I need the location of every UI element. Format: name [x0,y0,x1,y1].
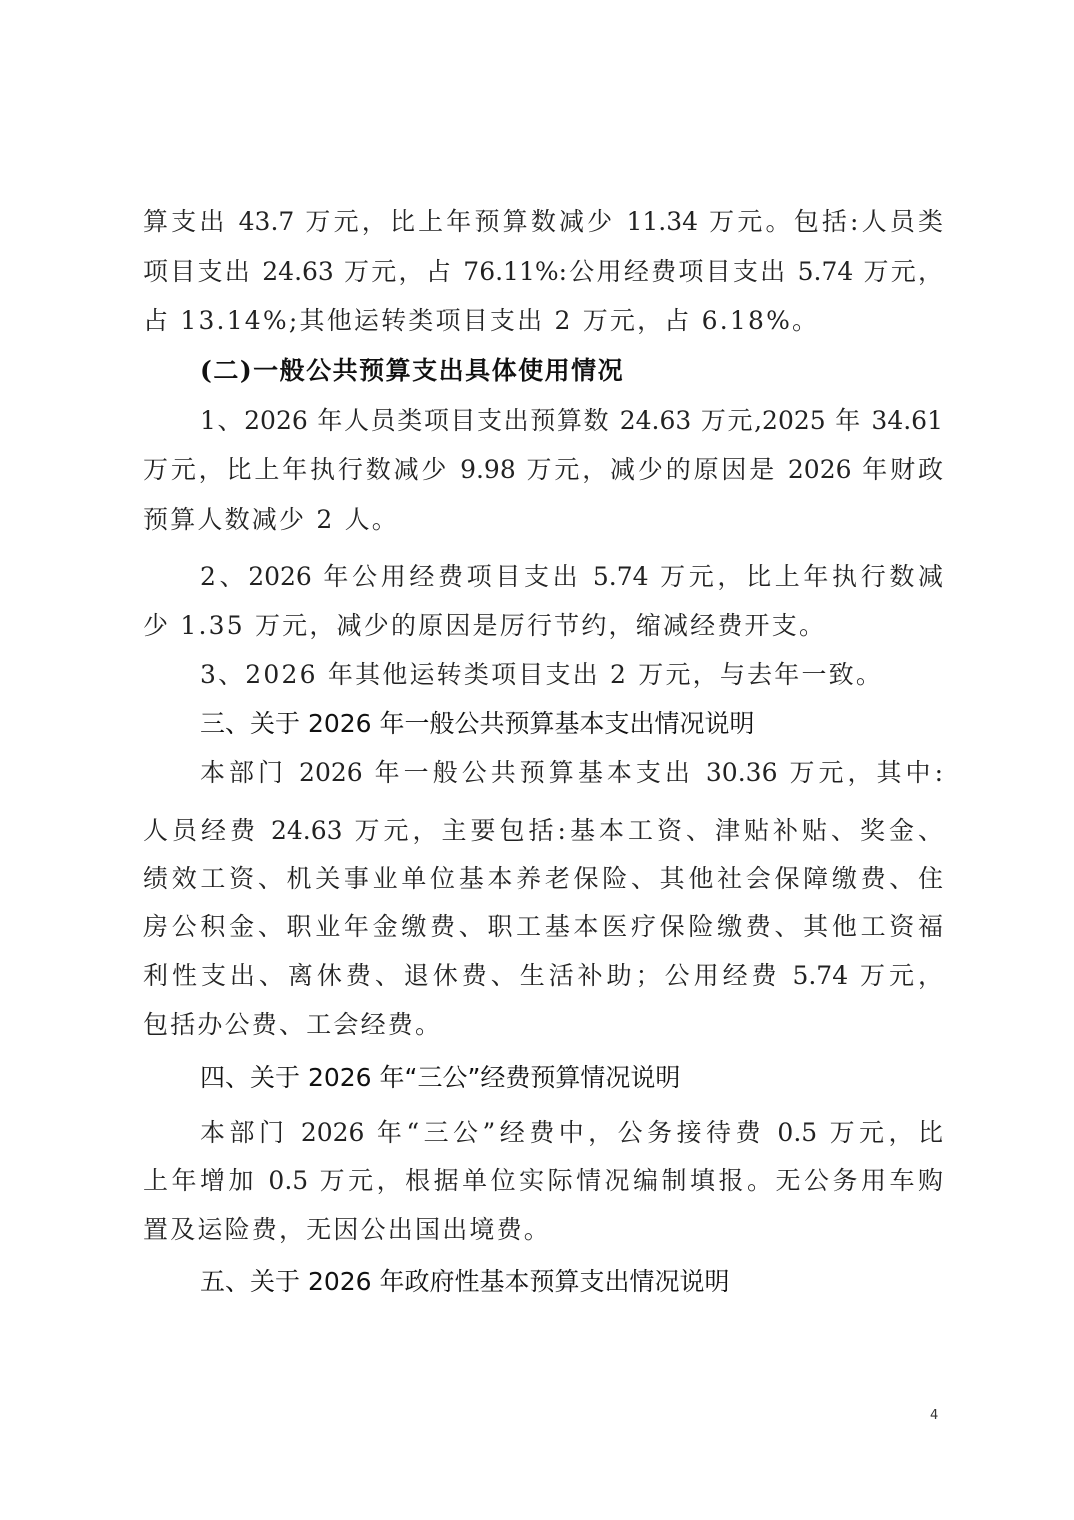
paragraph-line: 占 13.14%;其他运转类项目支出 2 万元，占 6.18%。 [143,301,943,341]
page-number: 4 [930,1408,938,1423]
paragraph-line: 人员经费 24.63 万元，主要包括:基本工资、津贴补贴、奖金、 [143,811,943,851]
paragraph-line: 预算人数减少 2 人。 [143,500,943,540]
paragraph-line: 2、2026 年公用经费项目支出 5.74 万元，比上年执行数减 [200,557,943,597]
paragraph-line: 绩效工资、机关事业单位基本养老保险、其他社会保障缴费、住 [143,859,943,899]
paragraph-line: 上年增加 0.5 万元，根据单位实际情况编制填报。无公务用车购 [143,1161,943,1201]
paragraph-line: 1、2026 年人员类项目支出预算数 24.63 万元,2025 年 34.61 [200,401,943,441]
heading-section-4: 四、关于 2026 年“三公”经费预算情况说明 [200,1058,680,1098]
paragraph-line: 利性支出、离休费、退休费、生活补助；公用经费 5.74 万元， [143,956,943,996]
heading-section-3: 三、关于 2026 年一般公共预算基本支出情况说明 [200,704,755,744]
paragraph-line: 包括办公费、工会经费。 [143,1005,943,1045]
paragraph-line: 项目支出 24.63 万元，占 76.11%:公用经费项目支出 5.74 万元， [143,252,943,292]
paragraph-line: 万元，比上年执行数减少 9.98 万元，减少的原因是 2026 年财政 [143,450,943,490]
subheading-general-budget-usage: (二)一般公共预算支出具体使用情况 [200,351,624,391]
paragraph-line: 置及运险费，无因公出国出境费。 [143,1210,943,1250]
paragraph-line: 本部门 2026 年“三公”经费中，公务接待费 0.5 万元，比 [200,1113,943,1153]
paragraph-line: 房公积金、职业年金缴费、职工基本医疗保险缴费、其他工资福 [143,907,943,947]
paragraph-line: 本部门 2026 年一般公共预算基本支出 30.36 万元，其中: [200,753,943,793]
paragraph-line: 算支出 43.7 万元，比上年预算数减少 11.34 万元。包括:人员类 [143,202,943,242]
document-page: 算支出 43.7 万元，比上年预算数减少 11.34 万元。包括:人员类 项目支… [0,0,1074,1520]
paragraph-line: 少 1.35 万元，减少的原因是厉行节约，缩减经费开支。 [143,606,943,646]
heading-section-5: 五、关于 2026 年政府性基本预算支出情况说明 [200,1262,730,1302]
paragraph-line: 3、2026 年其他运转类项目支出 2 万元，与去年一致。 [200,655,943,695]
